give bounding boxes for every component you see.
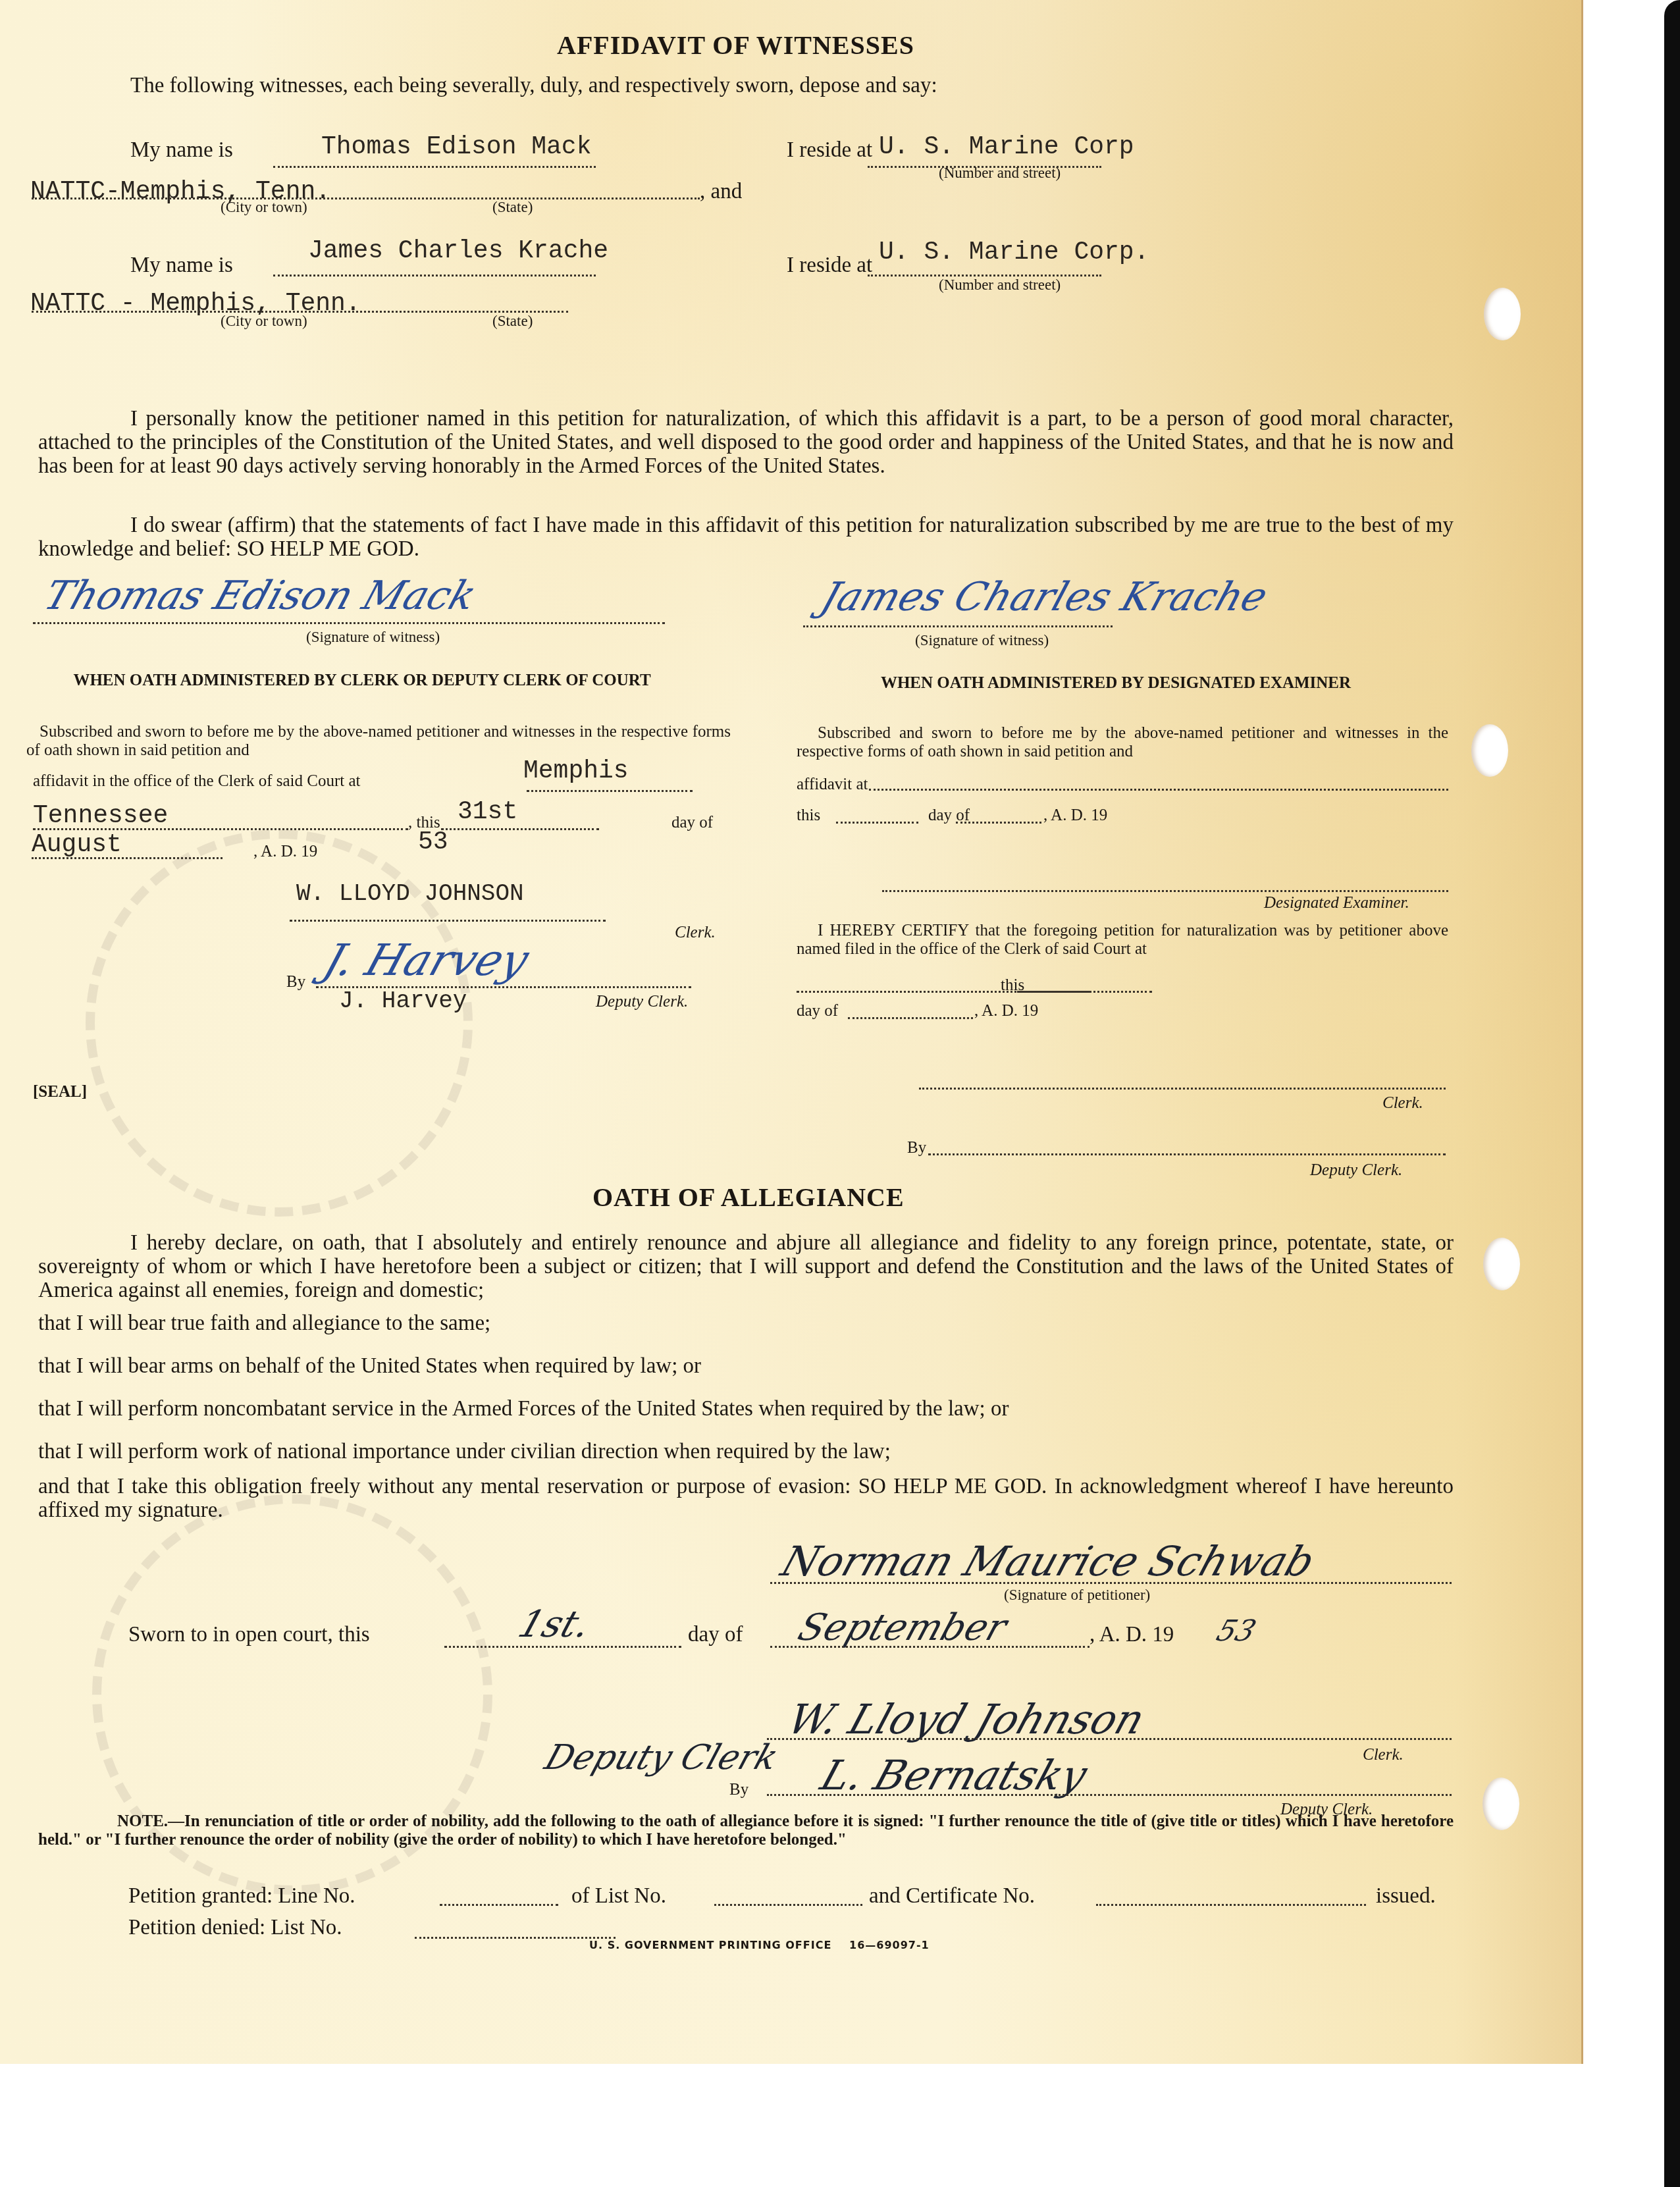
examiner-signature-line[interactable]	[882, 890, 1448, 892]
oath-deputy-signature[interactable]: L. Bernatsky	[815, 1751, 1093, 1799]
sworn-month[interactable]: September	[793, 1606, 1012, 1649]
punch-hole	[1484, 288, 1521, 340]
witness1-signature[interactable]: Thomas Edison Mack	[39, 573, 482, 619]
certify-deputy-line[interactable]	[928, 1153, 1446, 1155]
clerk-court-state-line	[33, 828, 408, 830]
sworn-month-line	[770, 1646, 1089, 1648]
number-street-caption: (Number and street)	[939, 277, 1061, 294]
issued-label: issued.	[1376, 1884, 1436, 1909]
oath-clerk-signature[interactable]: W. Lloyd Johnson	[782, 1695, 1151, 1743]
scanner-edge	[1664, 0, 1680, 2187]
oath-paragraph: I hereby declare, on oath, that I absolu…	[38, 1231, 1454, 1302]
witness1-name-line	[273, 166, 596, 168]
examiner-month-line[interactable]	[956, 822, 1041, 824]
punch-hole	[1471, 724, 1508, 777]
affidavit-title: AFFIDAVIT OF WITNESSES	[557, 30, 914, 61]
punch-hole	[1483, 1238, 1520, 1290]
examiner-this-line[interactable]	[836, 822, 918, 824]
petition-denied-label: Petition denied: List No.	[128, 1916, 342, 1940]
clerk-caption: Clerk.	[675, 924, 716, 942]
my-name-is-label: My name is	[130, 138, 233, 163]
clerk-month-line	[32, 857, 223, 859]
clerk-name-line	[290, 920, 606, 922]
certify-clerk-line[interactable]	[919, 1088, 1446, 1090]
clerk-section-heading: WHEN OATH ADMINISTERED BY CLERK OR DEPUT…	[46, 672, 678, 690]
list-no-field[interactable]	[714, 1904, 862, 1906]
signature-of-witness-caption: (Signature of witness)	[306, 629, 440, 646]
certify-deputy-caption: Deputy Clerk.	[1310, 1161, 1402, 1180]
witness2-city-state[interactable]: NATTC - Memphis, Tenn.	[30, 290, 361, 318]
sworn-day-line	[444, 1646, 681, 1648]
examiner-affidavit-at-line[interactable]	[869, 789, 1448, 791]
clerk-day-line	[441, 828, 599, 830]
certificate-no-field[interactable]	[1096, 1904, 1366, 1906]
petition-granted-label: Petition granted: Line No.	[128, 1884, 355, 1909]
signature-of-witness-caption: (Signature of witness)	[915, 632, 1049, 649]
clerk-court-state[interactable]: Tennessee	[33, 802, 168, 830]
nobility-note: NOTE.—In renunciation of title or order …	[38, 1812, 1454, 1849]
i-reside-at-label: I reside at	[787, 253, 872, 278]
deputy-clerk-caption: Deputy Clerk.	[596, 993, 688, 1011]
deputy-clerk-signature[interactable]: J. Harvey	[317, 935, 535, 986]
petitioner-signature-line	[770, 1582, 1452, 1584]
examiner-section-heading: WHEN OATH ADMINISTERED BY DESIGNATED EXA…	[849, 674, 1382, 693]
seal-label: [SEAL]	[33, 1083, 87, 1101]
by-label: By	[286, 973, 305, 991]
witness2-name[interactable]: James Charles Krache	[308, 237, 608, 265]
certify-day-of-label: day of	[797, 1002, 838, 1020]
certify-day-line[interactable]	[1017, 991, 1089, 993]
of-list-label: of List No.	[571, 1884, 666, 1909]
witness2-signature[interactable]: James Charles Krache	[816, 574, 1273, 620]
oath-title: OATH OF ALLEGIANCE	[592, 1182, 905, 1213]
punch-hole	[1483, 1778, 1519, 1830]
oath-closing: and that I take this obligation freely w…	[38, 1475, 1454, 1522]
affidavit-intro: The following witnesses, each being seve…	[130, 74, 937, 98]
petitioner-signature[interactable]: Norman Maurice Schwab	[775, 1537, 1321, 1585]
affidavit-paragraph-1: I personally know the petitioner named i…	[38, 407, 1454, 478]
witness1-signature-line	[33, 622, 665, 624]
clerk-day-of-label: day of	[671, 814, 713, 832]
i-reside-at-label: I reside at	[787, 138, 872, 163]
clerk-name: W. LLOYD JOHNSON	[296, 880, 524, 907]
oath-clerk-caption: Clerk.	[1363, 1746, 1404, 1764]
certify-month-line[interactable]	[848, 1017, 973, 1019]
clerk-month[interactable]: August	[32, 831, 122, 859]
certify-clerk-caption: Clerk.	[1382, 1094, 1423, 1113]
deputy-handwritten-note: Deputy Clerk	[540, 1738, 783, 1778]
deputy-clerk-name: J. Harvey	[339, 988, 467, 1014]
clerk-affidavit-label: affidavit in the office of the Clerk of …	[33, 772, 361, 791]
witness1-name[interactable]: Thomas Edison Mack	[321, 133, 591, 161]
clerk-section-body: Subscribed and sworn to before me by the…	[26, 723, 731, 760]
city-caption: (City or town)	[221, 199, 307, 216]
affidavit-paragraph-2: I do swear (affirm) that the statements …	[38, 514, 1454, 561]
oath-line-1: that I will bear true faith and allegian…	[38, 1311, 490, 1336]
examiner-this-label: this	[797, 806, 820, 825]
clerk-year[interactable]: 53	[418, 828, 448, 856]
sworn-ad-label: , A. D. 19	[1089, 1623, 1174, 1647]
and-label: , and	[700, 180, 742, 204]
witness1-city-line	[32, 198, 700, 199]
sworn-day-of-label: day of	[688, 1623, 743, 1647]
examiner-section-body: Subscribed and sworn to before me by the…	[797, 724, 1448, 761]
state-caption: (State)	[492, 313, 533, 330]
witness2-residence[interactable]: U. S. Marine Corp.	[879, 238, 1149, 267]
document-page: AFFIDAVIT OF WITNESSES The following wit…	[0, 0, 1583, 2064]
petitioner-signature-caption: (Signature of petitioner)	[1004, 1587, 1150, 1604]
clerk-ad-label: , A. D. 19	[253, 843, 317, 861]
certify-ad-label: , A. D. 19	[974, 1002, 1038, 1020]
certify-text: I HEREBY CERTIFY that the foregoing peti…	[797, 922, 1448, 959]
designated-examiner-caption: Designated Examiner.	[1264, 894, 1409, 912]
printer-imprint: U. S. GOVERNMENT PRINTING OFFICE	[589, 1939, 831, 1951]
form-code: 16—69097-1	[849, 1939, 930, 1951]
oath-deputy-line	[767, 1794, 1452, 1796]
oath-line-3: that I will perform noncombatant service…	[38, 1397, 1009, 1421]
examiner-ad-label: , A. D. 19	[1043, 806, 1107, 825]
witness1-residence[interactable]: U. S. Marine Corp	[879, 133, 1134, 161]
certify-by-label: By	[907, 1139, 926, 1157]
state-caption: (State)	[492, 199, 533, 216]
oath-by-label: By	[729, 1781, 748, 1799]
oath-line-4: that I will perform work of national imp…	[38, 1440, 891, 1464]
clerk-court-city[interactable]: Memphis	[523, 757, 629, 785]
clerk-day[interactable]: 31st	[458, 798, 517, 826]
my-name-is-label: My name is	[130, 253, 233, 278]
clerk-court-city-line	[527, 790, 693, 792]
certificate-label: and Certificate No.	[869, 1884, 1035, 1909]
line-no-field[interactable]	[440, 1904, 558, 1906]
witness2-name-line	[273, 275, 596, 277]
city-caption: (City or town)	[221, 313, 307, 330]
scanner-background	[1580, 4, 1666, 2187]
oath-line-2: that I will bear arms on behalf of the U…	[38, 1354, 701, 1379]
denied-list-no-field[interactable]	[415, 1937, 616, 1939]
witness2-signature-line	[803, 625, 1113, 627]
sworn-year[interactable]: 53	[1213, 1614, 1261, 1648]
oath-clerk-line	[767, 1738, 1452, 1740]
sworn-day[interactable]: 1st.	[513, 1603, 596, 1646]
certify-place-line[interactable]	[797, 991, 1152, 993]
number-street-caption: (Number and street)	[939, 165, 1061, 182]
examiner-affidavit-at-label: affidavit at	[797, 776, 868, 794]
sworn-label: Sworn to in open court, this	[128, 1623, 370, 1647]
